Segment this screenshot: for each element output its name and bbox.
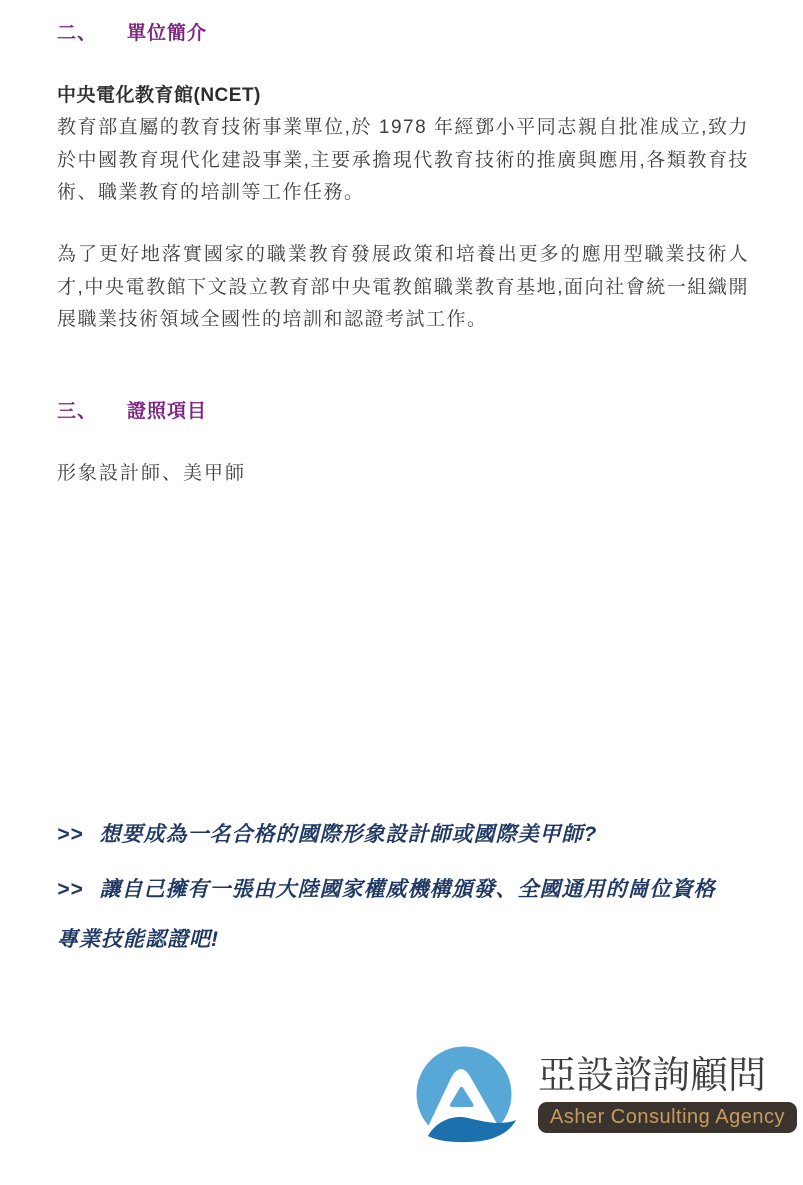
org-name: 中央電化教育館(NCET): [57, 83, 749, 109]
promo-text: 讓自己擁有一張由大陸國家權威機構頒發、全國通用的崗位資格: [100, 878, 716, 901]
document-page: 二、單位簡介 中央電化教育館(NCET) 教育部直屬的教育技術事業單位,於 19…: [0, 0, 803, 1185]
promo-arrow-marker: >>: [57, 818, 84, 852]
promo-text: 專業技能認證吧!: [57, 928, 219, 951]
promo-line-3: 專業技能認證吧!: [57, 923, 749, 957]
promo-line-1: >>想要成為一名合格的國際形象設計師或國際美甲師?: [57, 818, 749, 852]
logo-text-column: 亞設諮詢顧問 Asher Consulting Agency: [538, 1040, 797, 1133]
brand-name-zh: 亞設諮詢顧問: [538, 1053, 797, 1099]
promo-arrow-marker: >>: [57, 873, 84, 907]
brand-name-en-badge: Asher Consulting Agency: [538, 1102, 797, 1133]
certificate-items: 形象設計師、美甲師: [57, 460, 749, 488]
section-heading-certificates: 三、證照項目: [57, 400, 749, 424]
paragraph-base-description: 為了更好地落實國家的職業教育發展政策和培養出更多的應用型職業技術人才,中央電教館…: [57, 239, 749, 337]
heading-title: 證照項目: [127, 401, 207, 422]
paragraph-org-description: 教育部直屬的教育技術事業單位,於 1978 年經鄧小平同志親自批准成立,致力於中…: [57, 112, 749, 210]
promo-line-2: >>讓自己擁有一張由大陸國家權威機構頒發、全國通用的崗位資格: [57, 873, 749, 907]
heading-number: 三、: [57, 400, 97, 424]
asher-logo-icon: [415, 1040, 532, 1155]
company-logo: 亞設諮詢顧問 Asher Consulting Agency: [415, 1040, 803, 1160]
section-heading-unit-intro: 二、單位簡介: [57, 22, 749, 46]
promo-text: 想要成為一名合格的國際形象設計師或國際美甲師?: [100, 823, 598, 846]
heading-title: 單位簡介: [127, 23, 207, 44]
heading-number: 二、: [57, 22, 97, 46]
